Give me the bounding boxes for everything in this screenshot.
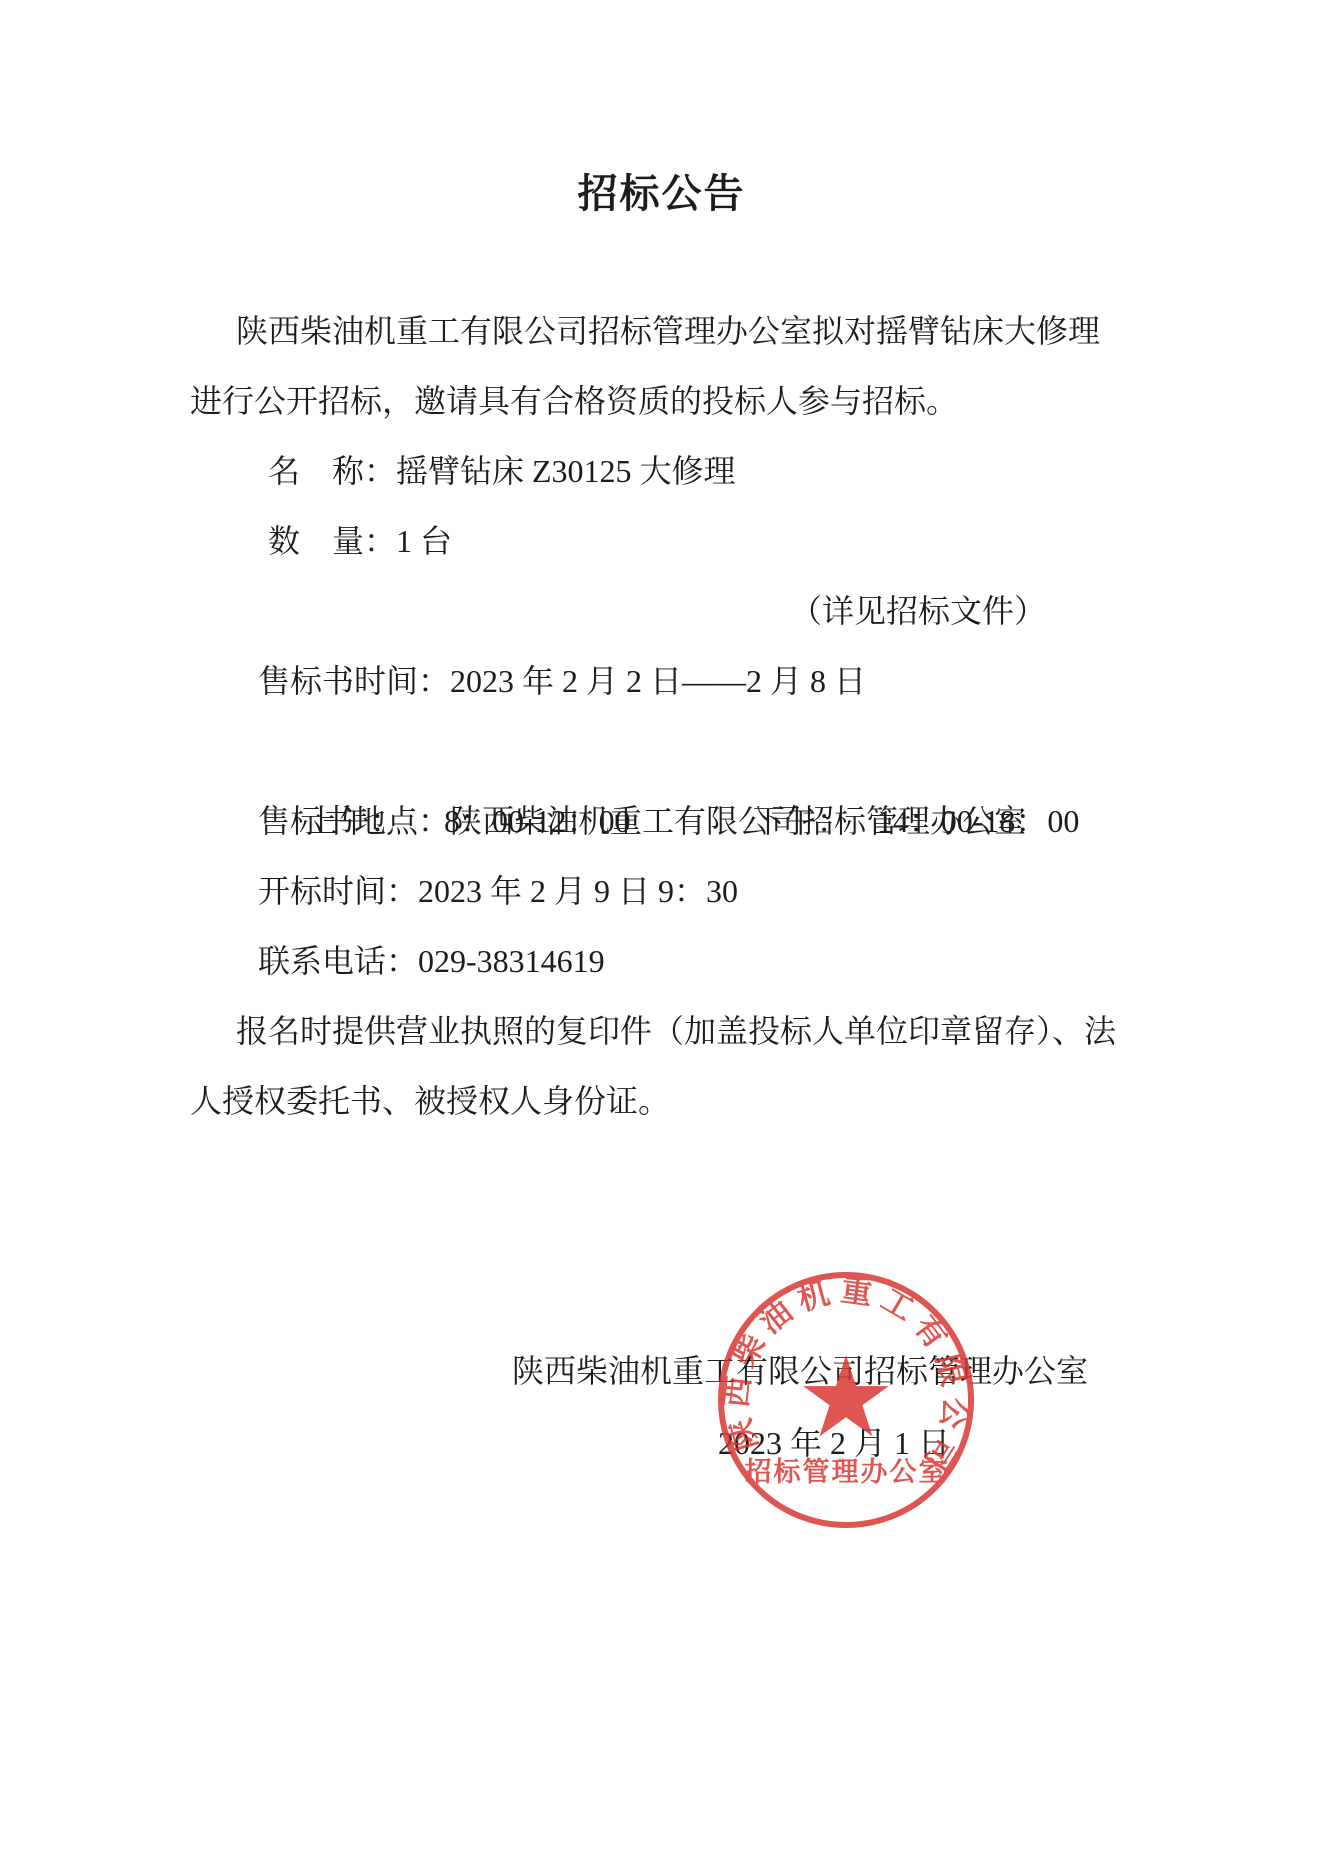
- document-page: 招标公告 陕西柴油机重工有限公司招标管理办公室拟对摇臂钻床大修理 进行公开招标，…: [0, 0, 1323, 1871]
- page-title: 招标公告: [0, 162, 1323, 219]
- item-quantity-line: 数 量：1 台: [190, 506, 1133, 576]
- sale-place-line: 售标书地点：陕西柴油机重工有限公司招标管理办公室: [190, 786, 1133, 856]
- contact-phone-line: 联系电话：029-38314619: [190, 926, 1133, 996]
- registration-note-line-2: 人授权委托书、被授权人身份证。: [190, 1066, 1133, 1136]
- signature-date: 2023 年 2 月 1 日: [190, 1408, 1133, 1478]
- sale-time-line: 售标书时间：2023 年 2 月 2 日——2 月 8 日: [190, 646, 1133, 716]
- registration-note-line-1: 报名时提供营业执照的复印件（加盖投标人单位印章留存）、法: [190, 996, 1133, 1066]
- see-tender-doc-note: （详见招标文件）: [190, 576, 1133, 646]
- item-name-line: 名 称：摇臂钻床 Z30125 大修理: [190, 436, 1133, 506]
- intro-line-2: 进行公开招标，邀请具有合格资质的投标人参与招标。: [190, 366, 1133, 436]
- stamp-bottom-text: 招标管理办公室: [745, 1456, 948, 1487]
- signature-organization: 陕西柴油机重工有限公司招标管理办公室: [190, 1336, 1133, 1406]
- stamp-star-icon: [803, 1355, 889, 1436]
- document-body: 陕西柴油机重工有限公司招标管理办公室拟对摇臂钻床大修理 进行公开招标，邀请具有合…: [190, 296, 1133, 1136]
- official-seal-stamp: 陕西柴油机重工有限公司 招标管理办公室: [706, 1260, 986, 1540]
- bid-opening-time-line: 开标时间：2023 年 2 月 9 日 9：30: [190, 856, 1133, 926]
- business-hours-line: 上午：8：00-12：00下午：14：00-18：00: [190, 716, 1133, 786]
- intro-line-1: 陕西柴油机重工有限公司招标管理办公室拟对摇臂钻床大修理: [190, 296, 1133, 366]
